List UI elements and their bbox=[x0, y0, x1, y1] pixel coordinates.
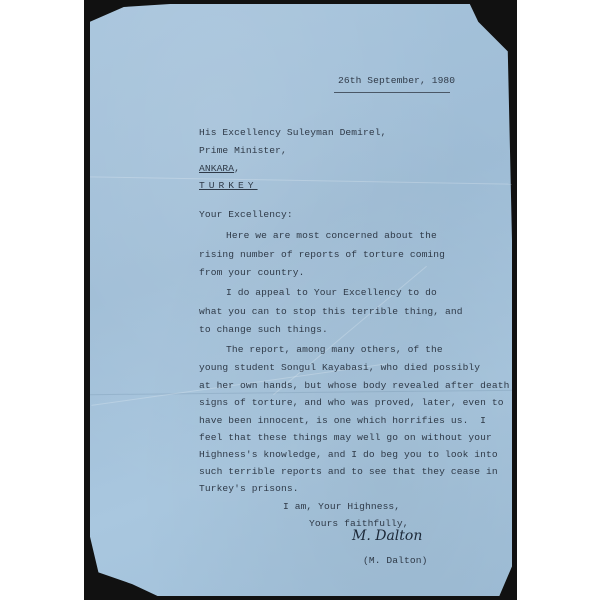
paragraph-3-line: such terrible reports and to see that th… bbox=[199, 466, 498, 477]
recipient-country: TURKEY bbox=[199, 180, 258, 191]
typed-signatory-name: (M. Dalton) bbox=[363, 555, 427, 566]
paragraph-1-line: Here we are most concerned about the bbox=[226, 230, 437, 241]
paragraph-2-line: to change such things. bbox=[199, 324, 328, 335]
paragraph-3-line: feel that these things may well go on wi… bbox=[199, 432, 492, 443]
recipient-name: His Excellency Suleyman Demirel, bbox=[199, 127, 386, 138]
recipient-city-line: ANKARA, bbox=[199, 163, 240, 174]
paragraph-3-line: Highness's knowledge, and I do beg you t… bbox=[199, 449, 498, 460]
recipient-title: Prime Minister, bbox=[199, 145, 287, 156]
paragraph-3-line: Turkey's prisons. bbox=[199, 483, 299, 494]
paragraph-3-line: signs of torture, and who was proved, la… bbox=[199, 397, 504, 408]
date-underline bbox=[334, 92, 450, 93]
paragraph-3-line: have been innocent, is one which horrifi… bbox=[199, 415, 486, 426]
closing-line: I am, Your Highness, bbox=[283, 501, 400, 512]
paragraph-3-line: young student Songul Kayabasi, who died … bbox=[199, 362, 480, 373]
handwritten-signature: M. Dalton bbox=[352, 528, 422, 544]
paragraph-2-line: I do appeal to Your Excellency to do bbox=[226, 287, 437, 298]
salutation: Your Excellency: bbox=[199, 209, 293, 220]
paragraph-3-line: at her own hands, but whose body reveale… bbox=[199, 380, 509, 391]
paragraph-1-line: rising number of reports of torture comi… bbox=[199, 249, 445, 260]
recipient-city: ANKARA bbox=[199, 163, 234, 174]
recipient-city-suffix: , bbox=[234, 163, 240, 174]
paragraph-3-line: The report, among many others, of the bbox=[226, 344, 443, 355]
paragraph-1-line: from your country. bbox=[199, 267, 304, 278]
letter-date: 26th September, 1980 bbox=[338, 75, 455, 86]
paragraph-2-line: what you can to stop this terrible thing… bbox=[199, 306, 463, 317]
